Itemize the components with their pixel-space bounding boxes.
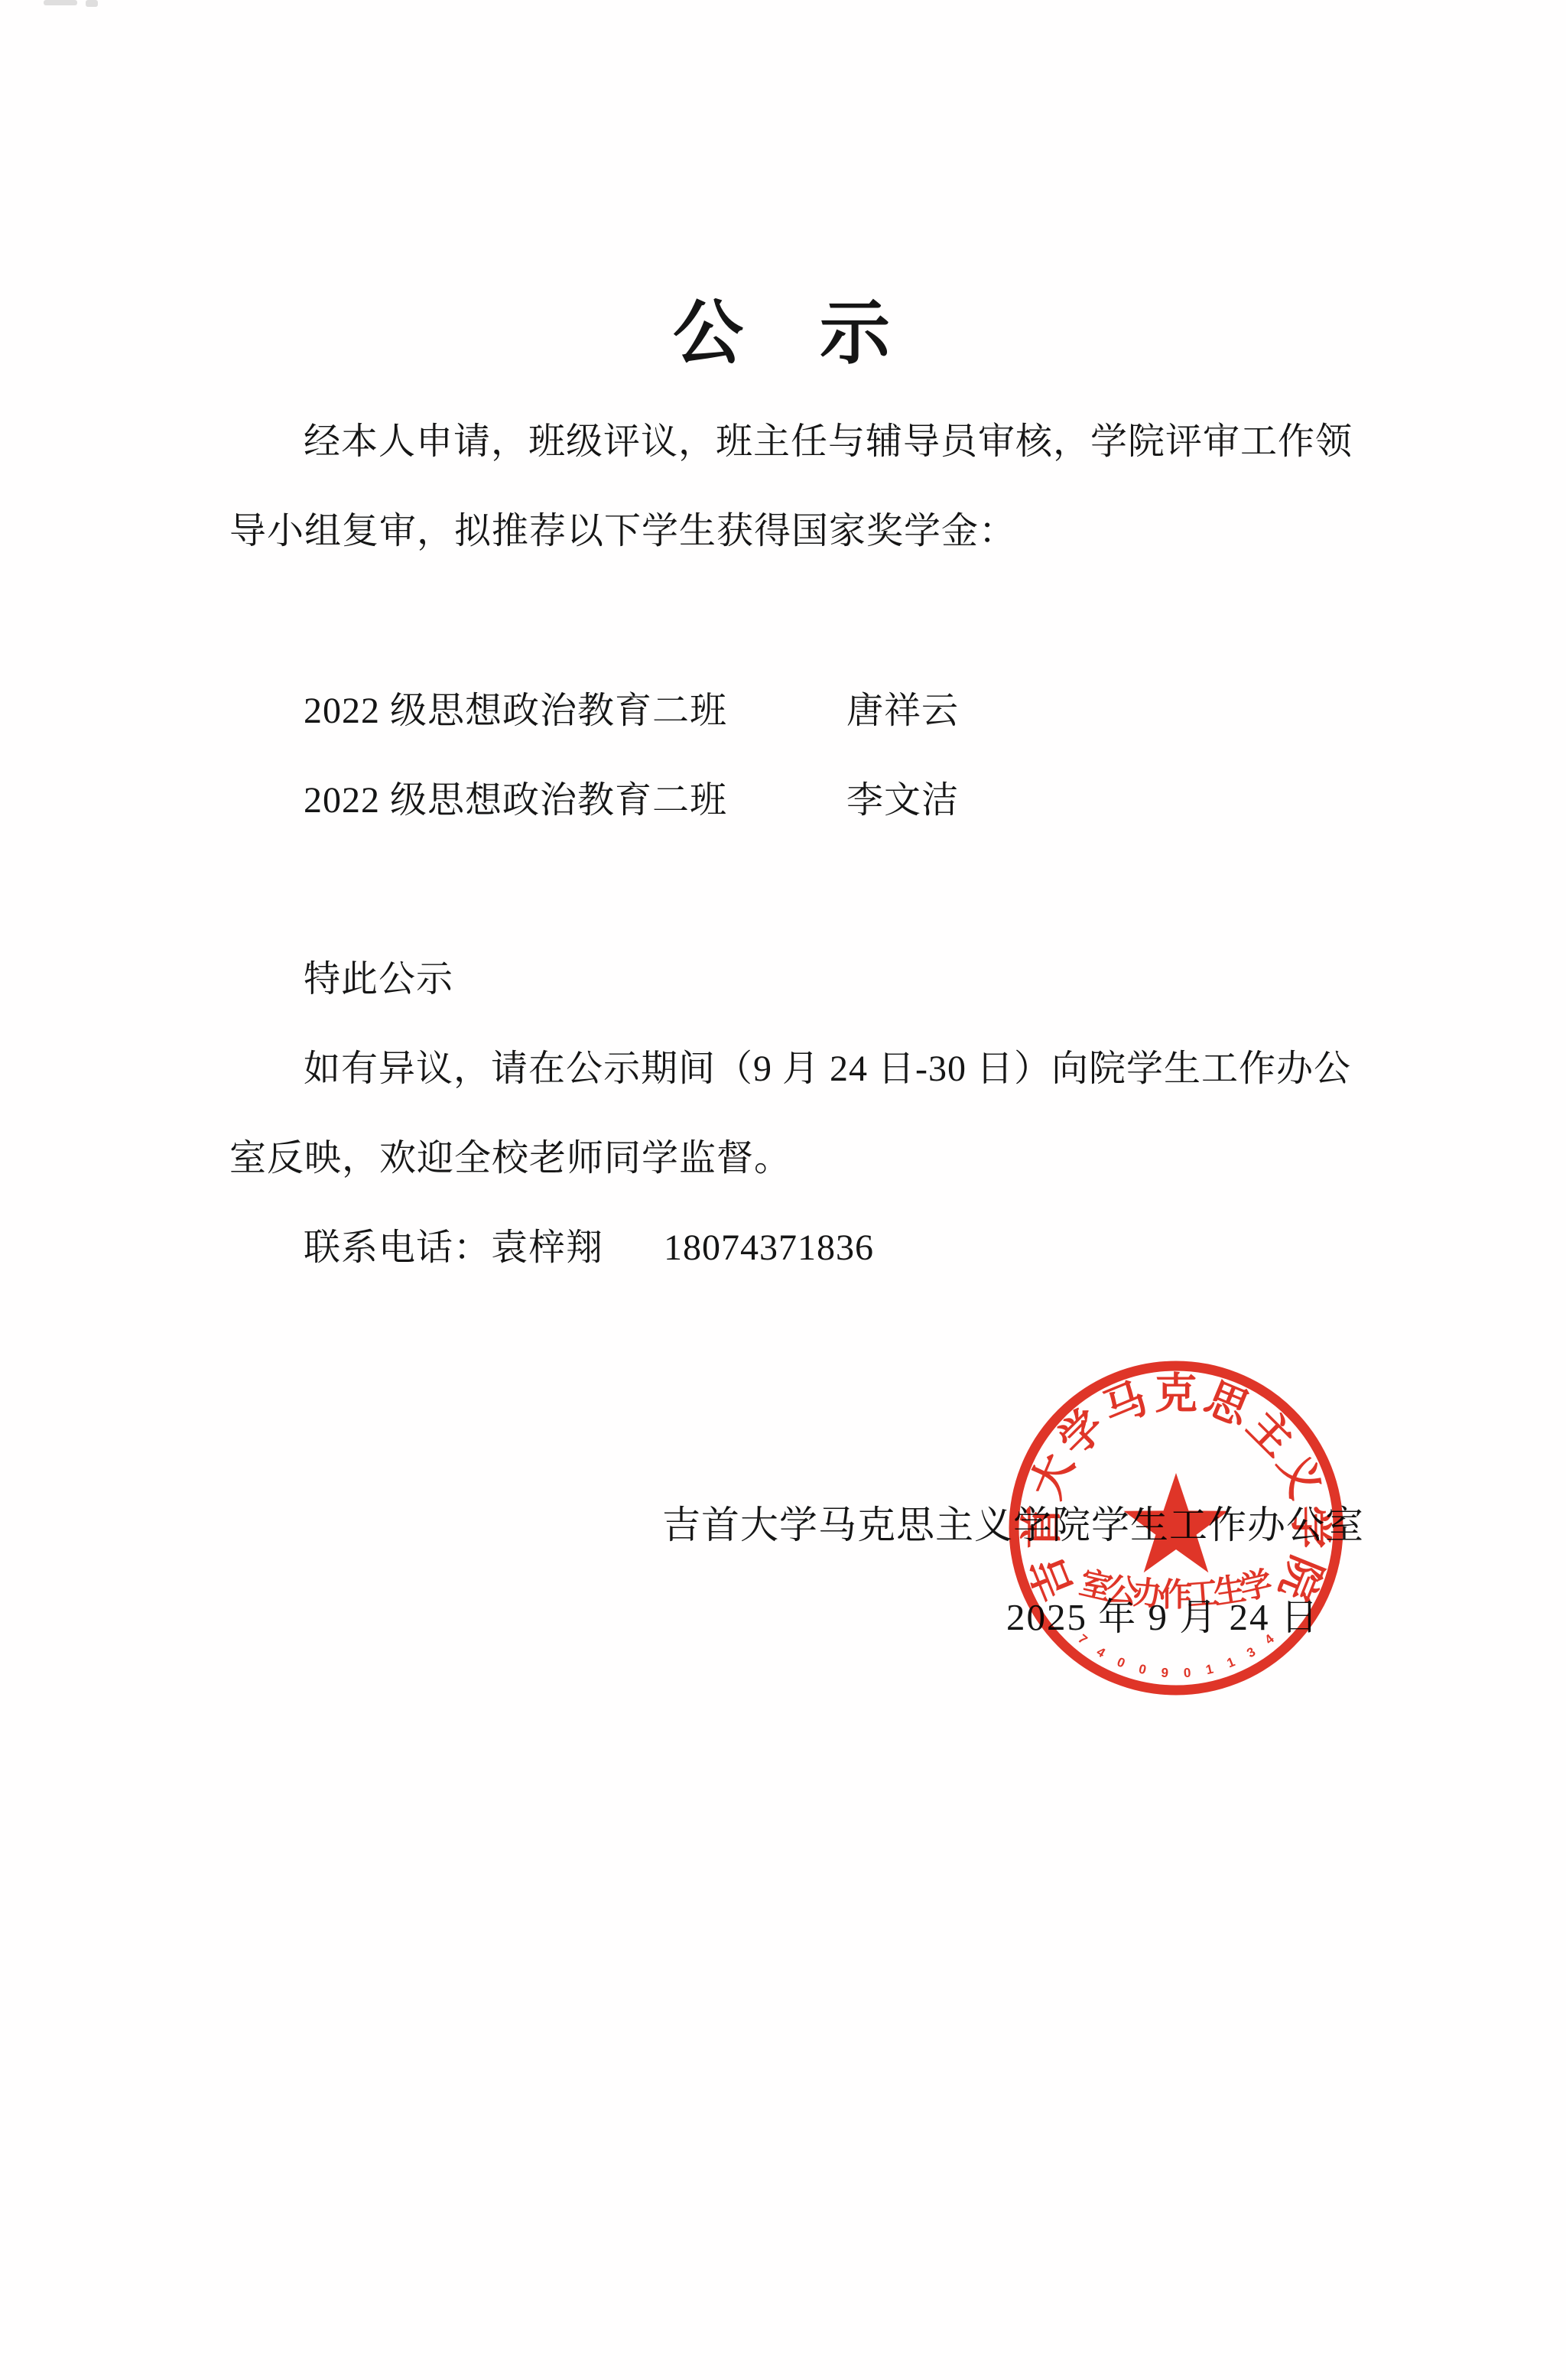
svg-text:7: 7 [1075, 1631, 1090, 1647]
student-class: 2022 级思想政治教育二班 [304, 689, 727, 733]
closing-statement: 特此公示 [304, 958, 453, 1002]
contact-label: 联系电话： [304, 1227, 491, 1268]
scan-artifact [86, 0, 98, 7]
svg-text:4: 4 [1094, 1644, 1108, 1660]
student-name: 唐祥云 [846, 689, 959, 733]
intro-paragraph-line-2: 导小组复审，拟推荐以下学生获得国家奖学金： [229, 509, 1016, 554]
scan-artifact [44, 0, 77, 5]
objection-line-1: 如有异议，请在公示期间（9 月 24 日-30 日）向院学生工作办公 [304, 1047, 1351, 1091]
svg-text:1: 1 [1225, 1654, 1237, 1670]
official-seal-stamp: 吉首大学马克思主义学院 学生工作办公室 4311090047 [1000, 1352, 1352, 1704]
svg-text:首: 首 [1017, 1506, 1065, 1549]
svg-text:9: 9 [1161, 1666, 1169, 1681]
contact-phone: 18074371836 [664, 1226, 874, 1270]
contact-label-and-name: 联系电话：袁梓翔 [304, 1226, 603, 1270]
contact-name: 袁梓翔 [491, 1227, 603, 1268]
intro-paragraph-line-1: 经本人申请，班级评议，班主任与辅导员审核，学院评审工作领 [304, 420, 1353, 464]
objection-line-2: 室反映，欢迎全校老师同学监督。 [229, 1136, 791, 1181]
student-row: 2022 级思想政治教育二班 唐祥云 [0, 689, 1566, 735]
student-class: 2022 级思想政治教育二班 [304, 779, 727, 823]
svg-text:0: 0 [1183, 1666, 1191, 1681]
contact-row: 联系电话：袁梓翔 18074371836 [0, 1226, 1566, 1272]
svg-text:克: 克 [1155, 1370, 1197, 1418]
svg-text:3: 3 [1244, 1644, 1258, 1660]
page-title: 公 示 [0, 277, 1566, 378]
stamp-star-icon [1124, 1473, 1229, 1572]
svg-text:0: 0 [1137, 1662, 1148, 1678]
svg-text:0: 0 [1115, 1654, 1127, 1670]
student-row: 2022 级思想政治教育二班 李文洁 [0, 779, 1566, 824]
svg-text:学: 学 [1286, 1506, 1334, 1549]
svg-text:1: 1 [1204, 1662, 1215, 1678]
stamp-office-text: 学生工作办公室 [1077, 1564, 1276, 1612]
student-name: 李文洁 [846, 779, 959, 823]
announcement-page: 公 示 经本人申请，班级评议，班主任与辅导员审核，学院评审工作领 导小组复审，拟… [0, 0, 1566, 2380]
svg-text:4: 4 [1262, 1631, 1277, 1647]
